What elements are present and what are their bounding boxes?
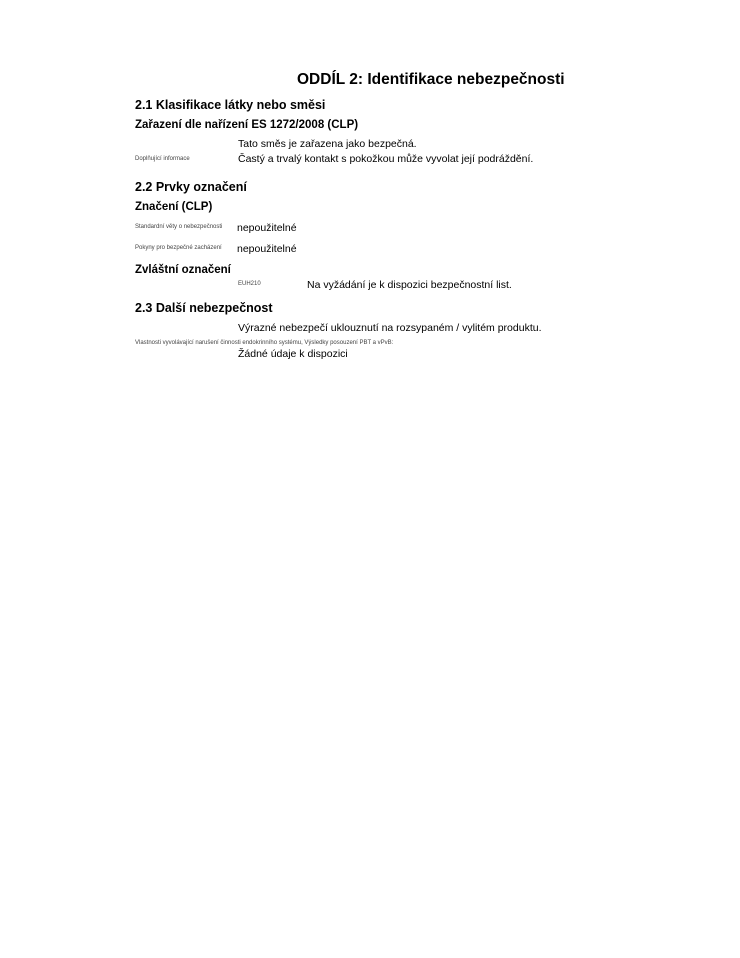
special-labelling-heading: Zvláštní označení <box>135 264 231 276</box>
heading-2-3: 2.3 Další nebezpečnost <box>135 301 273 315</box>
precautionary-statements-label: Pokyny pro bezpečné zacházení <box>135 245 222 251</box>
extra-info-label: Doplňující informace <box>135 156 190 162</box>
endocrine-pbt-value: Žádné údaje k dispozici <box>238 348 348 360</box>
precautionary-statements-value: nepoužitelné <box>237 243 297 255</box>
other-hazards-text: Výrazné nebezpečí uklouznutí na rozsypan… <box>238 322 542 334</box>
heading-2-1: 2.1 Klasifikace látky nebo směsi <box>135 98 325 112</box>
endocrine-pbt-label: Vlastnosti vyvolávající narušení činnost… <box>135 340 393 346</box>
clp-labelling-heading: Značení (CLP) <box>135 201 212 213</box>
extra-info-value: Častý a trvalý kontakt s pokožkou může v… <box>238 153 533 165</box>
hazard-statements-label: Standardní věty o nebezpečnosti <box>135 224 222 230</box>
clp-classification-heading: Zařazení dle nařízení ES 1272/2008 (CLP) <box>135 119 358 131</box>
hazard-statements-value: nepoužitelné <box>237 222 297 234</box>
euh-text: Na vyžádání je k dispozici bezpečnostní … <box>307 279 512 291</box>
classification-text: Tato směs je zařazena jako bezpečná. <box>238 138 417 150</box>
section-title: ODDÍL 2: Identifikace nebezpečnosti <box>297 71 565 89</box>
heading-2-2: 2.2 Prvky označení <box>135 180 247 194</box>
euh-code: EUH210 <box>238 281 261 287</box>
